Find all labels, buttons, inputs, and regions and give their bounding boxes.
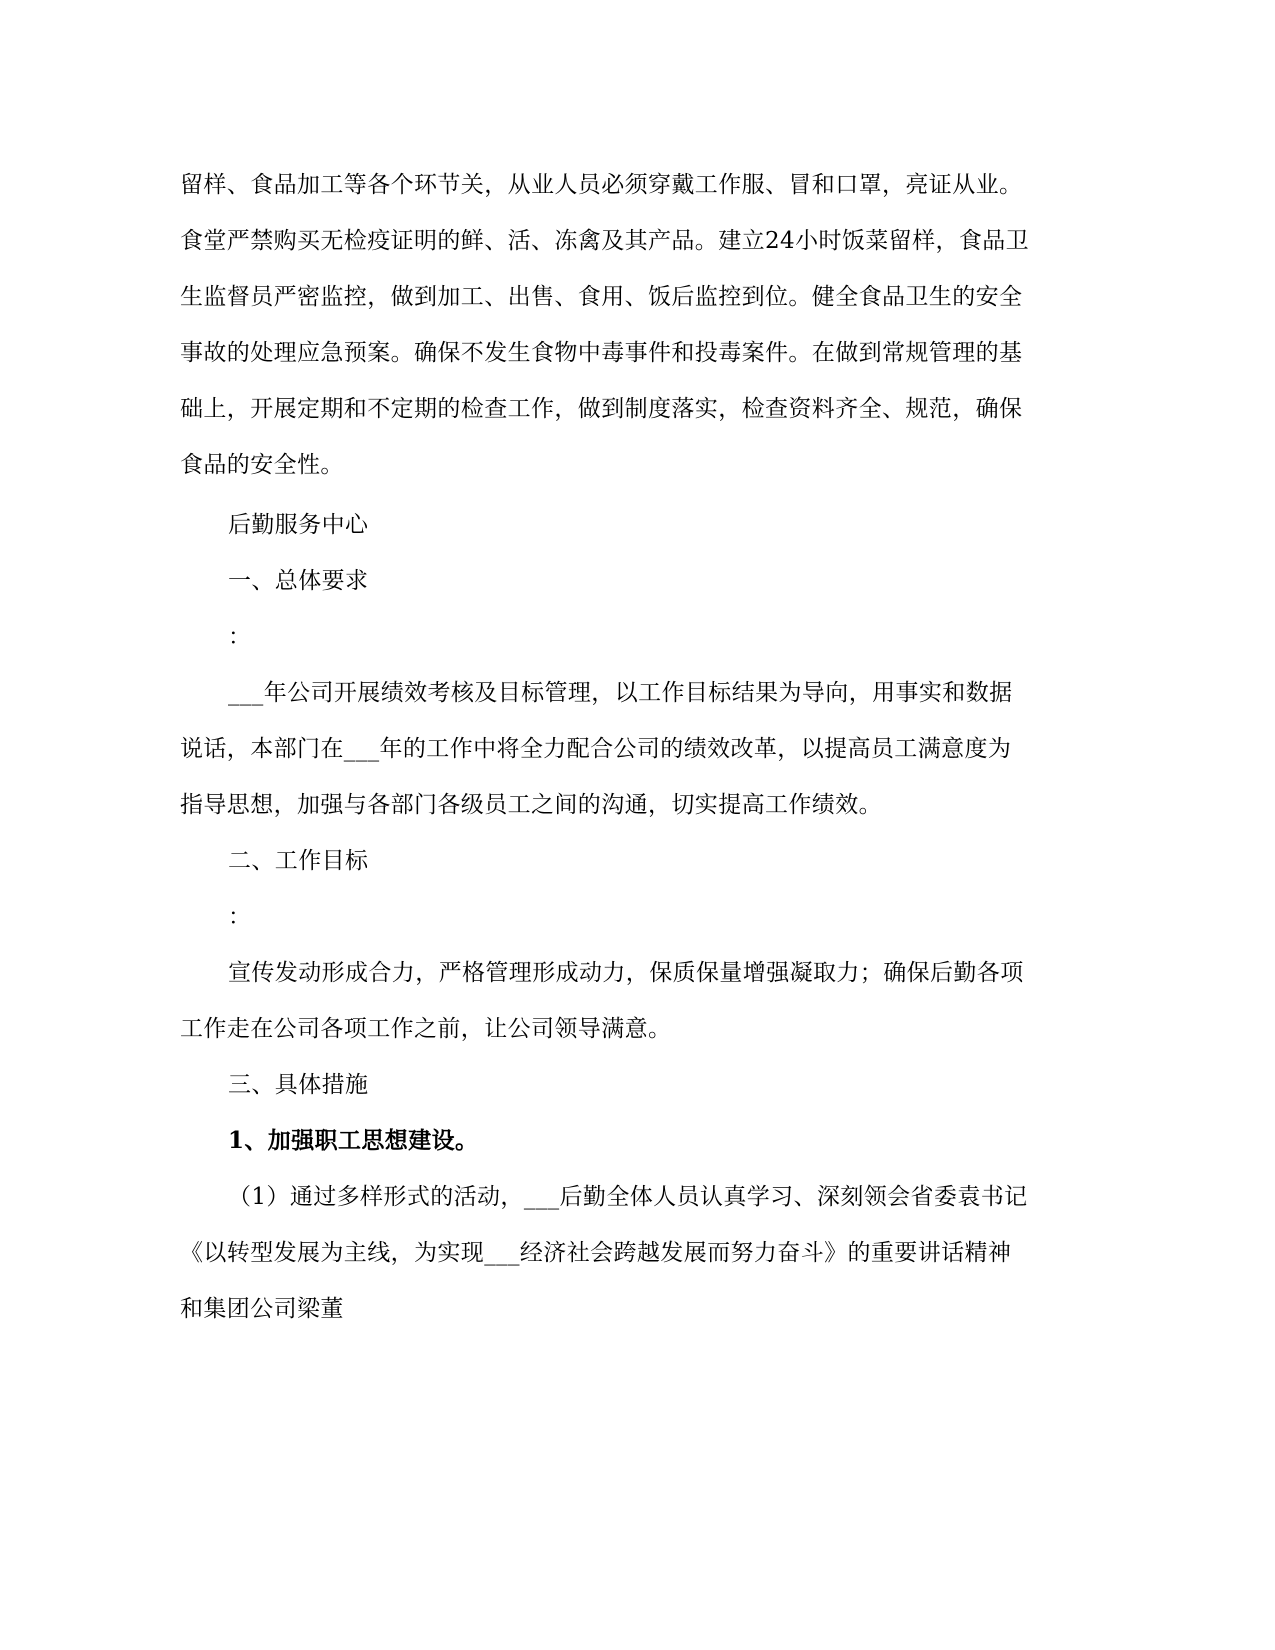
section-title-logistics-center: 后勤服务中心 [228, 510, 368, 540]
paragraph-line: 工作走在公司各项工作之前，让公司领导满意。 [180, 1014, 671, 1044]
paragraph-line: 留样、食品加工等各个环节关，从业人员必须穿戴工作服、冒和口罩，亮证从业。 [180, 170, 1022, 200]
paragraph-line: 生监督员严密监控，做到加工、出售、食用、饭后监控到位。健全食品卫生的安全 [180, 282, 1022, 312]
paragraph-line: 指导思想，加强与各部门各级员工之间的沟通，切实提高工作绩效。 [180, 790, 882, 820]
paragraph-line: 宣传发动形成合力，严格管理形成动力，保质保量增强凝取力；确保后勤各项 [228, 958, 1024, 988]
paragraph-line: 食堂严禁购买无检疫证明的鲜、活、冻禽及其产品。建立24小时饭菜留样，食品卫 [180, 226, 1029, 256]
paragraph-line: 食品的安全性。 [180, 450, 344, 480]
paragraph-line: 事故的处理应急预案。确保不发生食物中毒事件和投毒案件。在做到常规管理的基 [180, 338, 1022, 368]
paragraph-line: 和集团公司梁董 [180, 1294, 344, 1324]
subheading-staff-ideology: 1、加强职工思想建设。 [228, 1126, 478, 1156]
colon-line: ： [228, 902, 251, 932]
heading-specific-measures: 三、具体措施 [228, 1070, 368, 1100]
paragraph-line: （1）通过多样形式的活动，___后勤全体人员认真学习、深刻领会省委袁书记 [228, 1182, 1028, 1212]
paragraph-line: 《以转型发展为主线，为实现___经济社会跨越发展而努力奋斗》的重要讲话精神 [180, 1238, 1011, 1268]
paragraph-line: 说话，本部门在___年的工作中将全力配合公司的绩效改革，以提高员工满意度为 [180, 734, 1011, 764]
heading-overall-requirements: 一、总体要求 [228, 566, 368, 596]
colon-line: ： [228, 622, 251, 652]
paragraph-line: 础上，开展定期和不定期的检查工作，做到制度落实，检查资料齐全、规范，确保 [180, 394, 1022, 424]
paragraph-line: ___年公司开展绩效考核及目标管理，以工作目标结果为导向，用事实和数据 [228, 678, 1013, 708]
heading-work-goals: 二、工作目标 [228, 846, 368, 876]
